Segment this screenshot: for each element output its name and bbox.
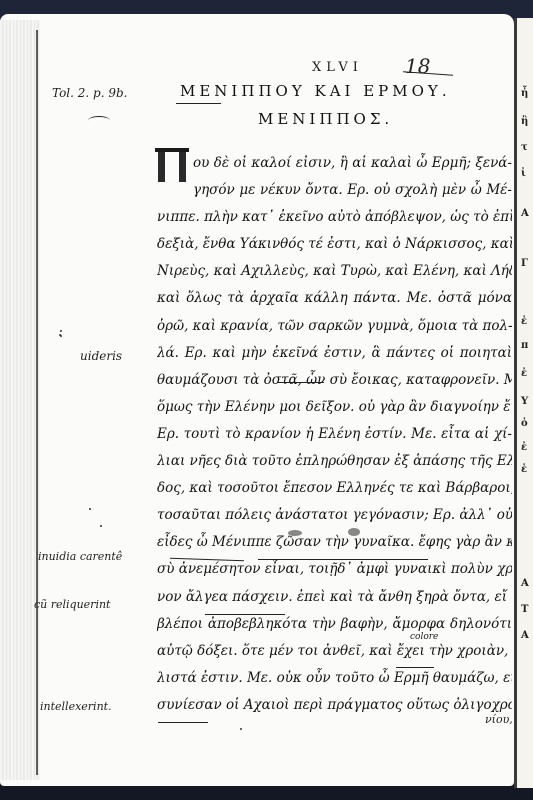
ink-speck: [100, 525, 102, 527]
text-line: δος, καὶ τοσοῦτοι ἔπεσον Ελληνές τε καὶ …: [157, 475, 512, 502]
text-line: γησόν με νέκυν ὄντα. Ερ. οὐ σχολὴ μὲν ὦ …: [157, 177, 512, 204]
marginal-note-intellexerint: intellexerint.: [40, 700, 112, 713]
facing-page-fragment: Α: [521, 630, 529, 641]
annotation-underline: [158, 722, 208, 723]
annotation-underline: [396, 667, 434, 668]
facing-page-fragment: ὁ: [521, 418, 528, 429]
text-line: σὺ ἀνεμέσητον εἶναι, τοιῇδ᾽ ἀμφὶ γυναικὶ…: [157, 556, 512, 583]
text-line: ου δὲ οἱ καλοί εἰσιν, ἢ αἱ καλαὶ ὦ Ερμῆ;…: [157, 150, 512, 177]
annotation-underline: [278, 382, 324, 383]
annotation-stroke: [88, 116, 110, 125]
facing-page-fragment: ἑ: [521, 464, 527, 475]
facing-page-edge: ἦ ἢ τ ἰ Α Γ ἑ π ἐ Υ ὁ ἐ ἑ Α Τ Α: [514, 18, 533, 788]
text-line: νον ἄλγεα πάσχειν. ἐπεὶ καὶ τὰ ἄνθη ξηρὰ…: [157, 584, 512, 611]
facing-page-fragment: Υ: [521, 396, 528, 407]
facing-page-fragment: ἑ: [521, 316, 527, 327]
handwritten-page-number: 18: [405, 54, 430, 78]
page-edges-stack: [0, 20, 40, 780]
text-line: Ερ. τουτὶ τὸ κρανίον ἡ Ελένη ἐστίν. Με. …: [157, 421, 512, 448]
annotation-underline: [205, 614, 285, 615]
text-line: Νιρεὺς, καὶ Αχιλλεὺς, καὶ Τυρὼ, καὶ Ελέν…: [157, 258, 512, 285]
text-line: αὐτῷ δόξει. ὅτε μέν τοι ἀνθεῖ, καὶ ἔχει …: [157, 638, 512, 665]
facing-page-fragment: ἐ: [521, 442, 527, 453]
text-line: συνίεσαν οἱ Αχαιοὶ περὶ πράγματος οὕτως …: [157, 692, 512, 719]
speaker-heading: ΜΕΝΙΠΠΟΣ.: [258, 110, 393, 128]
facing-page-fragment: Α: [521, 208, 529, 219]
text-line: θαυμάζουσι τὰ ὀστᾶ, ὧν σὺ ἔοικας, καταφρ…: [157, 367, 512, 394]
ink-smudge: [348, 528, 360, 536]
greek-text-body: ου δὲ οἱ καλοί εἰσιν, ἢ αἱ καλαὶ ὦ Ερμῆ;…: [157, 150, 512, 719]
marginal-note-videris: uideris: [80, 349, 122, 363]
facing-page-fragment: ἢ: [521, 116, 528, 127]
facing-page-fragment: Α: [521, 578, 529, 589]
text-line: λιαι νῆες διὰ τοῦτο ἐπληρώθησαν ἐξ ἁπάση…: [157, 448, 512, 475]
reference-annotation: Tol. 2. p. 9b.: [52, 86, 127, 100]
text-line: ὁρῶ, καὶ κρανία, τῶν σαρκῶν γυμνὰ, ὅμοια…: [157, 313, 512, 340]
text-line: λιστά ἐστιν. Με. οὐκ οὖν τοῦτο ὦ Ερμῆ θα…: [157, 665, 512, 692]
text-line: δεξιὰ, ἔνθα Υάκινθός τέ ἐστι, καὶ ὁ Νάρκ…: [157, 231, 512, 258]
folio-number: XLVI: [312, 60, 363, 75]
text-line: καὶ ὅλως τὰ ἀρχαῖα κάλλη πάντα. Με. ὀστᾶ…: [157, 285, 512, 312]
interlinear-gloss: colore: [410, 632, 438, 642]
ink-speck: [89, 508, 91, 510]
facing-page-fragment: τ: [521, 142, 528, 153]
facing-page-fragment: Γ: [521, 258, 528, 269]
facing-page-fragment: Τ: [521, 604, 528, 615]
facing-page-fragment: π: [521, 340, 528, 351]
text-line: τοσαῦται πόλεις ἀνάστατοι γεγόνασιν; Ερ.…: [157, 502, 512, 529]
facing-page-fragment: ἰ: [521, 168, 526, 179]
text-line: λά. Ερ. καὶ μὴν ἐκεῖνά ἐστιν, ἃ πάντες ο…: [157, 340, 512, 367]
ink-speck: [240, 728, 242, 730]
facing-page-fragment: ἦ: [521, 88, 528, 99]
dialogue-title: ΜΕΝΙΠΠΟΥ ΚΑΙ ΕΡΜΟΥ.: [180, 82, 520, 100]
facing-page-fragment: ἐ: [521, 368, 527, 379]
catchword: νίου,: [485, 713, 513, 726]
text-line: εἶδες ὦ Μένιππε ζῶσαν τὴν γυναῖκα. ἔφης …: [157, 529, 512, 556]
ink-smudge: [288, 530, 302, 536]
ink-speck: [59, 334, 61, 336]
marginal-note-reliquerint: cũ reliquerint: [34, 598, 110, 611]
scan-background-bottom: [0, 784, 533, 800]
text-line: ὅμως τὴν Ελένην μοι δεῖξον. οὐ γὰρ ἂν δι…: [157, 394, 512, 421]
annotation-underline: [258, 559, 428, 560]
binding-gutter-line: [36, 30, 38, 775]
ink-speck: [60, 330, 62, 332]
marginal-note-invidia: inuidia carentê: [38, 550, 122, 563]
text-line: νιππε. πλὴν κατ᾽ ἐκεῖνο αὐτὸ ἀπόβλεψον, …: [157, 204, 512, 231]
title-underline-stroke: [176, 103, 221, 104]
